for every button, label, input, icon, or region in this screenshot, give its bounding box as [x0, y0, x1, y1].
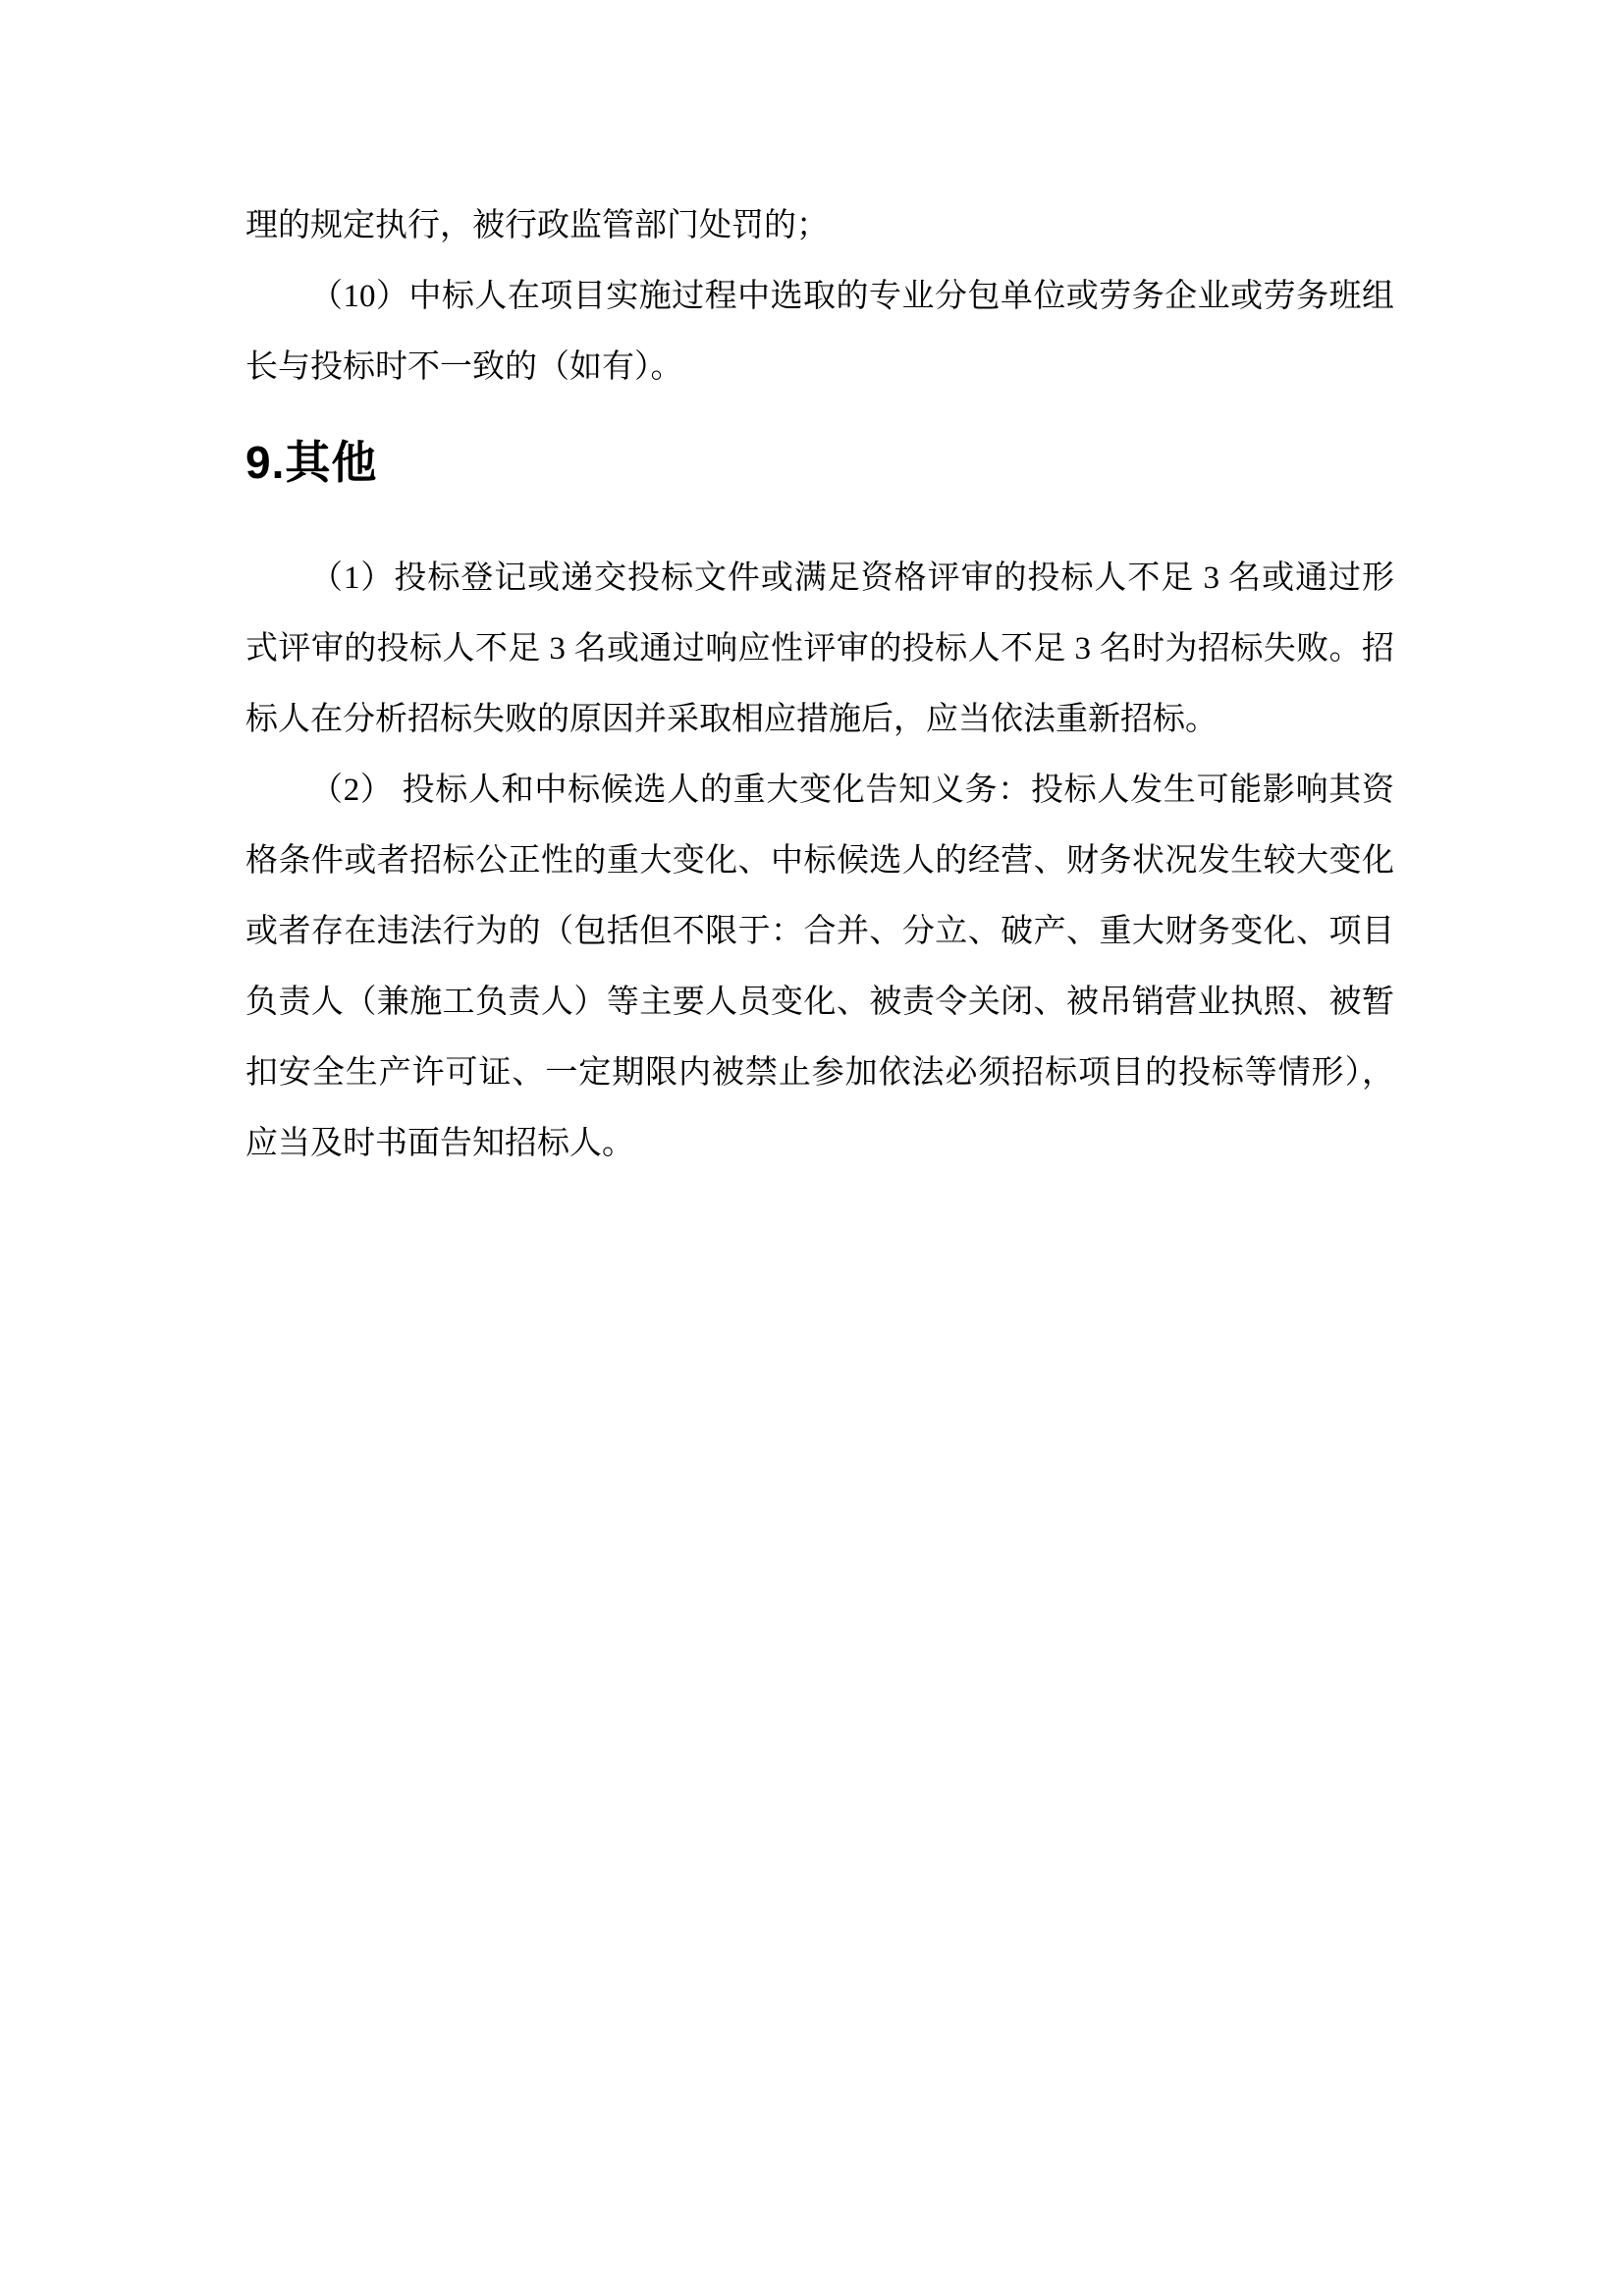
text-line: 格条件或者招标公正性的重大变化、中标候选人的经营、财务状况发生较大变化: [245, 826, 1394, 896]
text-line: 式评审的投标人不足 3 名或通过响应性评审的投标人不足 3 名时为招标失败。招: [245, 614, 1394, 684]
paragraph-continued: 理的规定执行，被行政监管部门处罚的；: [245, 190, 1394, 261]
text-line: 理的规定执行，被行政监管部门处罚的；: [245, 190, 1394, 261]
document-page: 理的规定执行，被行政监管部门处罚的； （10）中标人在项目实施过程中选取的专业分…: [0, 0, 1624, 2296]
paragraph-item-10: （10）中标人在项目实施过程中选取的专业分包单位或劳务企业或劳务班组 长与投标时…: [245, 261, 1394, 402]
text-line: 长与投标时不一致的（如有）。: [245, 332, 1394, 402]
text-line: 扣安全生产许可证、一定期限内被禁止参加依法必须招标项目的投标等情形），: [245, 1038, 1394, 1108]
text-line: （1）投标登记或递交投标文件或满足资格评审的投标人不足 3 名或通过形: [245, 543, 1394, 614]
paragraph-item-1: （1）投标登记或递交投标文件或满足资格评审的投标人不足 3 名或通过形 式评审的…: [245, 543, 1394, 755]
text-line: 标人在分析招标失败的原因并采取相应措施后，应当依法重新招标。: [245, 684, 1394, 755]
page-content: 理的规定执行，被行政监管部门处罚的； （10）中标人在项目实施过程中选取的专业分…: [245, 190, 1394, 1179]
text-line: 应当及时书面告知招标人。: [245, 1108, 1394, 1179]
text-line: 或者存在违法行为的（包括但不限于：合并、分立、破产、重大财务变化、项目: [245, 896, 1394, 967]
section-heading-9: 9.其他: [245, 435, 1394, 490]
paragraph-item-2: （2） 投标人和中标候选人的重大变化告知义务：投标人发生可能影响其资 格条件或者…: [245, 755, 1394, 1179]
text-line: 负责人（兼施工负责人）等主要人员变化、被责令关闭、被吊销营业执照、被暂: [245, 967, 1394, 1038]
text-line: （10）中标人在项目实施过程中选取的专业分包单位或劳务企业或劳务班组: [245, 261, 1394, 332]
text-line: （2） 投标人和中标候选人的重大变化告知义务：投标人发生可能影响其资: [245, 755, 1394, 826]
